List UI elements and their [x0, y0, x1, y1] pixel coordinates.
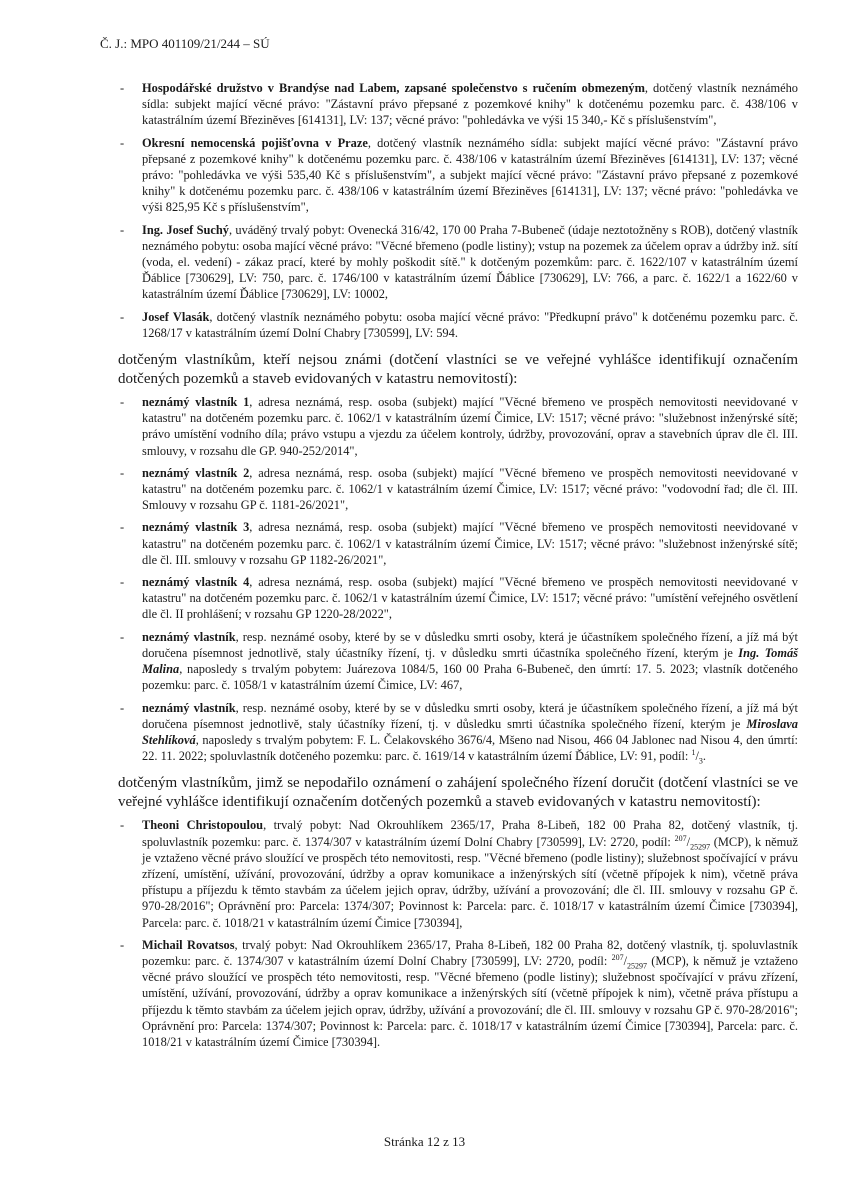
page-number: Stránka 12 z 13 — [0, 1134, 849, 1150]
list-item: - Ing. Josef Suchý, uváděný trvalý pobyt… — [118, 222, 798, 303]
list-item: - Theoni Christopoulou, trvalý pobyt: Na… — [118, 817, 798, 930]
bullet-dash: - — [120, 519, 124, 535]
list-item: - neznámý vlastník 3, adresa neznámá, re… — [118, 519, 798, 568]
bullet-dash: - — [120, 574, 124, 590]
owner-name: neznámý vlastník 4 — [142, 575, 249, 589]
bullet-dash: - — [120, 80, 124, 96]
share-numerator: 207 — [612, 953, 624, 962]
owner-name: Ing. Josef Suchý — [142, 223, 229, 237]
owners-list-unknown: - neznámý vlastník 1, adresa neznámá, re… — [118, 394, 798, 764]
list-item: - neznámý vlastník, resp. neznámé osoby,… — [118, 629, 798, 694]
owner-name: Josef Vlasák — [142, 310, 209, 324]
list-item: - neznámý vlastník 2, adresa neznámá, re… — [118, 465, 798, 514]
owner-name: neznámý vlastník — [142, 630, 236, 644]
owner-detail-cont: (MCP), k němuž je vztaženo věcné právo s… — [142, 954, 798, 1049]
list-item: - Okresní nemocenská pojišťovna v Praze,… — [118, 135, 798, 216]
list-item: - neznámý vlastník 1, adresa neznámá, re… — [118, 394, 798, 459]
bullet-dash: - — [120, 700, 124, 716]
bullet-dash: - — [120, 629, 124, 645]
document-reference: Č. J.: MPO 401109/21/244 – SÚ — [100, 36, 270, 52]
intro-undelivered-owners: dotčeným vlastníkům, jimž se nepodařilo … — [118, 774, 798, 811]
bullet-dash: - — [120, 222, 124, 238]
intro-unknown-owners: dotčeným vlastníkům, kteří nejsou známi … — [118, 351, 798, 388]
owner-name: Theoni Christopoulou — [142, 818, 263, 832]
bullet-dash: - — [120, 394, 124, 410]
sentence-end: . — [703, 749, 706, 763]
bullet-dash: - — [120, 937, 124, 953]
owner-name: Okresní nemocenská pojišťovna v Praze — [142, 136, 368, 150]
owner-name: Hospodářské družstvo v Brandýse nad Labe… — [142, 81, 645, 95]
share-numerator: 1 — [691, 748, 695, 757]
list-item: - neznámý vlastník, resp. neznámé osoby,… — [118, 700, 798, 765]
bullet-dash: - — [120, 465, 124, 481]
owner-detail: , dotčený vlastník neznámého pobytu: oso… — [142, 310, 798, 340]
list-item: - Michail Rovatsos, trvalý pobyt: Nad Ok… — [118, 937, 798, 1050]
owner-detail: , uváděný trvalý pobyt: Ovenecká 316/42,… — [142, 223, 798, 302]
list-item: - Josef Vlasák, dotčený vlastník neznámé… — [118, 309, 798, 341]
owners-list-undelivered: - Theoni Christopoulou, trvalý pobyt: Na… — [118, 817, 798, 1050]
owner-detail-cont: , naposledy s trvalým pobytem: Juárezova… — [142, 662, 798, 692]
owner-detail: , resp. neznámé osoby, které by se v důs… — [142, 701, 798, 731]
share-denominator: 25297 — [690, 842, 710, 851]
bullet-dash: - — [120, 135, 124, 151]
owner-name: neznámý vlastník 3 — [142, 520, 249, 534]
owner-detail: , resp. neznámé osoby, které by se v důs… — [142, 630, 798, 660]
list-item: - Hospodářské družstvo v Brandýse nad La… — [118, 80, 798, 129]
owner-name: Michail Rovatsos — [142, 938, 235, 952]
list-item: - neznámý vlastník 4, adresa neznámá, re… — [118, 574, 798, 623]
owners-list-unknown-seat: - Hospodářské družstvo v Brandýse nad La… — [118, 80, 798, 341]
bullet-dash: - — [120, 817, 124, 833]
owner-name: neznámý vlastník — [142, 701, 236, 715]
owner-name: neznámý vlastník 2 — [142, 466, 249, 480]
document-body: - Hospodářské družstvo v Brandýse nad La… — [118, 80, 798, 1056]
owner-name: neznámý vlastník 1 — [142, 395, 249, 409]
bullet-dash: - — [120, 309, 124, 325]
share-numerator: 207 — [675, 833, 687, 842]
